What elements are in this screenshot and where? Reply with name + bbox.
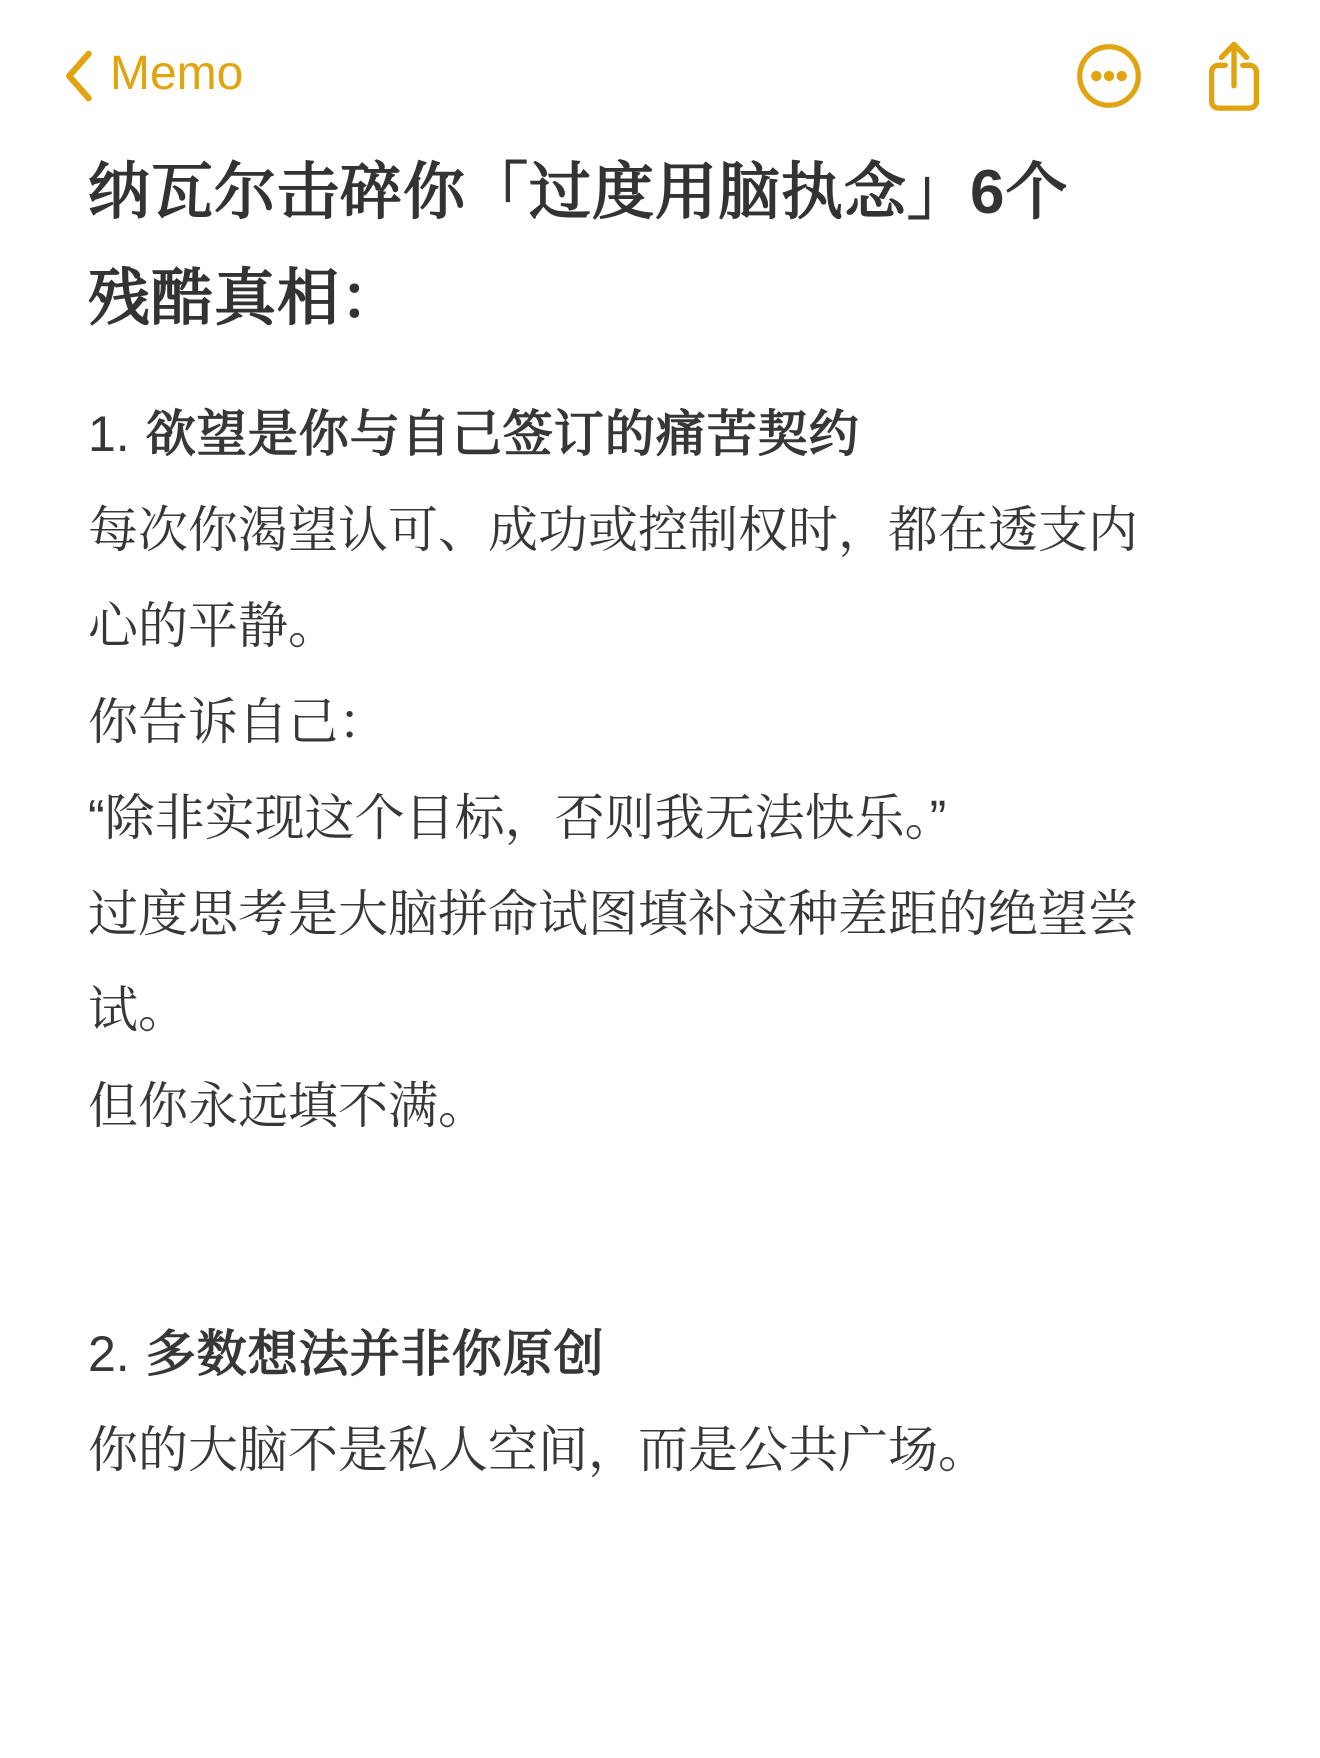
back-button-label: Memo — [110, 50, 243, 98]
section-2-heading: 2.多数想法并非你原创 — [88, 1306, 1320, 1402]
section-1-heading-text: 欲望是你与自己签订的痛苦契约 — [146, 406, 860, 462]
note-section-2: 2.多数想法并非你原创 你的大脑不是私人空间，而是公共广场。 — [88, 1306, 1320, 1498]
section-1-number: 1. — [88, 406, 130, 462]
share-button[interactable] — [1206, 39, 1262, 113]
section-2-paragraph: 你的大脑不是私人空间，而是公共广场。 — [88, 1402, 1158, 1498]
back-button[interactable]: Memo — [62, 47, 243, 105]
more-options-button[interactable] — [1076, 43, 1142, 109]
notes-app-page: Memo — [0, 0, 1320, 1758]
note-title: 纳瓦尔击碎你「过度用脑执念」6个残酷真相： — [88, 140, 1098, 352]
section-1-paragraph: 每次你渴望认可、成功或控制权时，都在透支内心的平静。 — [88, 482, 1158, 674]
nav-bar: Memo — [0, 0, 1320, 110]
section-1-paragraph: 过度思考是大脑拼命试图填补这种差距的绝望尝试。 — [88, 866, 1158, 1058]
note-section-1: 1.欲望是你与自己签订的痛苦契约 每次你渴望认可、成功或控制权时，都在透支内心的… — [88, 386, 1320, 1154]
section-1-paragraph: 但你永远填不满。 — [88, 1058, 1158, 1154]
section-1-heading: 1.欲望是你与自己签订的痛苦契约 — [88, 386, 1320, 482]
section-1-paragraph: 你告诉自己： — [88, 674, 1158, 770]
ellipsis-circle-icon — [1076, 43, 1142, 109]
back-chevron-icon — [62, 47, 94, 105]
nav-actions — [1076, 39, 1262, 113]
share-icon — [1206, 39, 1262, 113]
section-2-heading-text: 多数想法并非你原创 — [146, 1326, 605, 1382]
note-content[interactable]: 纳瓦尔击碎你「过度用脑执念」6个残酷真相： 1.欲望是你与自己签订的痛苦契约 每… — [0, 140, 1320, 1498]
section-2-number: 2. — [88, 1326, 130, 1382]
section-1-paragraph: “除非实现这个目标，否则我无法快乐。” — [88, 770, 1158, 866]
